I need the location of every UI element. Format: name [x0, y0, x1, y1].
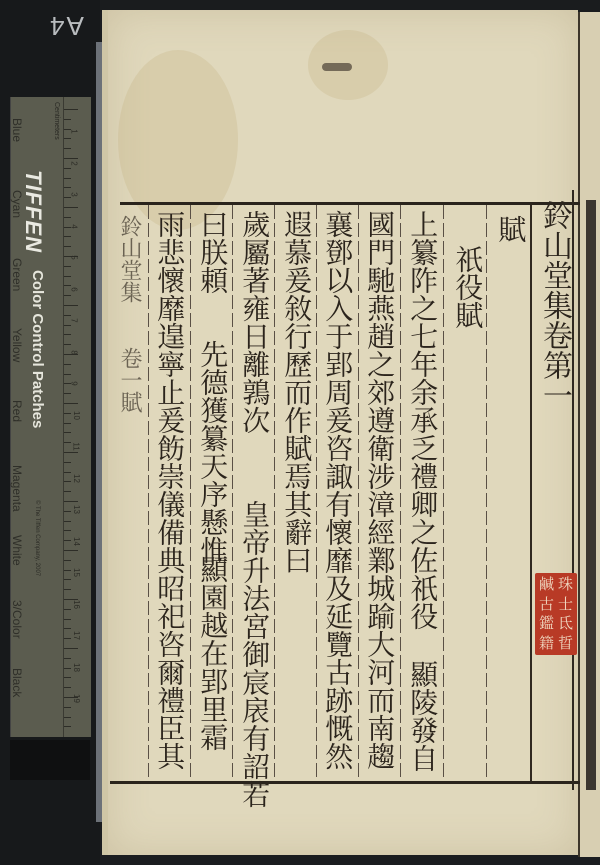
column-rule	[148, 205, 149, 781]
frame-top-border	[120, 202, 580, 205]
ruler-tick	[64, 560, 71, 561]
text-column-c5b: 皇帝升法宮御宸扆有詔若	[237, 500, 271, 808]
column-rule	[274, 205, 275, 781]
character: 儀	[153, 490, 186, 518]
character: 郢	[196, 667, 229, 695]
ruler-tick	[64, 334, 71, 335]
copyright: © The Tiffen Company, 2007	[34, 500, 40, 576]
character: 德	[196, 368, 229, 396]
swatch-label-yellow: Yellow	[10, 328, 24, 362]
text-column-c6a: 曰朕頼	[195, 210, 229, 294]
ruler-tick	[64, 374, 71, 375]
text-column-c2: 國門馳燕趙之郊遵衛涉漳經鄴城踰大河而南趨	[362, 210, 396, 770]
seal-character: 古	[537, 595, 556, 615]
character: 禮	[406, 462, 439, 490]
ruler-cm-number: 13	[72, 505, 81, 514]
ruler-tick	[64, 393, 71, 394]
character: 爰	[153, 406, 186, 434]
character: 古	[321, 658, 354, 686]
character: 天	[196, 452, 229, 480]
outer-frame-rule	[572, 190, 574, 790]
ruler-tick	[64, 619, 71, 620]
ruler-cm-number: 1	[70, 129, 79, 133]
character: 日	[238, 322, 271, 350]
character: 承	[406, 406, 439, 434]
column-rule	[530, 205, 532, 781]
character: 覽	[321, 630, 354, 658]
character: 之	[406, 518, 439, 546]
character: 于	[321, 322, 354, 350]
character: 昭	[153, 574, 186, 602]
character: 離	[238, 350, 271, 378]
seal-character: 晢	[556, 634, 575, 654]
ruler-tick	[64, 276, 71, 277]
character: 卿	[406, 490, 439, 518]
ruler-tick	[64, 452, 78, 453]
ruler-cm-number: 6	[70, 287, 79, 291]
ruler-tick	[64, 570, 71, 571]
ruler-tick	[64, 648, 78, 649]
ruler-tick	[64, 364, 71, 365]
character: 衛	[363, 434, 396, 462]
ruler-tick	[64, 109, 78, 110]
swatch-label-green: Green	[10, 258, 24, 291]
ruler-tick	[64, 236, 71, 237]
ruler-tick	[64, 687, 71, 688]
character: 一	[538, 380, 570, 410]
character: 自	[406, 744, 439, 772]
ruler-cm-number: 8	[70, 350, 79, 354]
fore-edge-character: 一	[117, 369, 141, 391]
character: 大	[363, 630, 396, 658]
character: 敘	[280, 294, 313, 322]
character: 集	[538, 290, 570, 320]
ruler-cm-number: 14	[72, 537, 81, 546]
fore-edge-character: 集	[117, 281, 141, 303]
character: 河	[363, 658, 396, 686]
ruler-tick	[64, 158, 78, 159]
fore-edge-character: 山	[117, 237, 141, 259]
character: 上	[406, 210, 439, 238]
character: 賦	[280, 434, 313, 462]
character: 咨	[321, 434, 354, 462]
swatch-label-magenta: Magenta	[10, 465, 24, 512]
fore-edge-character: 鈴	[117, 215, 141, 237]
character: 懸	[196, 508, 229, 536]
character: 在	[196, 639, 229, 667]
character: 園	[196, 583, 229, 611]
character: 焉	[280, 462, 313, 490]
fore-edge-character: 卷	[117, 347, 141, 369]
ruler-cm-number: 10	[72, 411, 81, 420]
ruler-tick	[64, 315, 71, 316]
ruler-tick	[64, 197, 71, 198]
ruler-tick	[64, 726, 71, 727]
character: 鄴	[363, 546, 396, 574]
character: 若	[238, 780, 271, 808]
text-column-piece-title: 祇役賦	[450, 245, 484, 329]
seal-character: 鑑	[537, 614, 556, 634]
column-rule	[358, 205, 359, 781]
ruler-tick	[64, 325, 71, 326]
ruler-cm-number: 19	[72, 694, 81, 703]
character: 序	[196, 480, 229, 508]
character: 雍	[238, 294, 271, 322]
character: 馳	[363, 266, 396, 294]
character: 趙	[363, 322, 396, 350]
character: 佐	[406, 546, 439, 574]
ink-blot	[322, 63, 352, 71]
text-column-c6c: 顯園越在郢里霜	[195, 555, 229, 751]
character: 寧	[153, 350, 186, 378]
swatch-label-red: Red	[10, 400, 24, 422]
ruler-tick	[64, 432, 71, 433]
character: 著	[238, 266, 271, 294]
character: 顯	[196, 555, 229, 583]
ruler-tick	[64, 717, 71, 718]
character: 役	[406, 602, 439, 630]
character: 頼	[196, 266, 229, 294]
character: 曰	[280, 546, 313, 574]
ruler-tick	[64, 609, 71, 610]
character: 周	[321, 378, 354, 406]
fore-edge-title: 鈴山堂集 卷一賦	[112, 215, 146, 413]
character: 鈴	[538, 200, 570, 230]
ruler-tick	[64, 579, 71, 580]
character: 纂	[196, 424, 229, 452]
character: 詔	[238, 752, 271, 780]
ruler-tick	[64, 295, 71, 296]
column-rule	[232, 205, 233, 781]
character: 辭	[280, 518, 313, 546]
text-column-section: 賦	[493, 215, 527, 243]
ruler-tick	[64, 168, 71, 169]
ruler-tick	[64, 119, 71, 120]
character: 作	[280, 406, 313, 434]
character: 崇	[153, 462, 186, 490]
character: 纂	[406, 238, 439, 266]
ruler-tick	[64, 472, 71, 473]
character: 跡	[321, 686, 354, 714]
character: 悲	[153, 238, 186, 266]
character: 御	[238, 640, 271, 668]
character: 而	[363, 686, 396, 714]
text-column-c5a: 歲屬著雍日離鶉次	[237, 210, 271, 434]
column-rule	[486, 205, 487, 781]
character: 諏	[321, 462, 354, 490]
character: 扆	[238, 696, 271, 724]
ruler-tick	[64, 423, 71, 424]
character: 升	[238, 556, 271, 584]
ruler-tick	[64, 521, 71, 522]
text-column-c1b: 顯陵發自	[405, 660, 439, 772]
text-column-c1: 上纂阼之七年余承乏禮卿之佐祇役	[405, 210, 439, 630]
character: 慨	[321, 714, 354, 742]
character: 卷	[538, 320, 570, 350]
character: 役	[451, 273, 484, 301]
ruler-cm-number: 7	[70, 318, 79, 322]
character: 曰	[196, 210, 229, 238]
character: 而	[280, 378, 313, 406]
character: 襄	[321, 210, 354, 238]
character: 乏	[406, 434, 439, 462]
ruler-cm-number: 11	[72, 442, 81, 450]
ruler-tick	[64, 462, 71, 463]
ruler-tick	[64, 305, 78, 306]
seal-character: 氐	[556, 614, 575, 634]
character: 有	[238, 724, 271, 752]
character: 延	[321, 602, 354, 630]
character: 典	[153, 546, 186, 574]
character: 懷	[153, 266, 186, 294]
character: 遐	[280, 210, 313, 238]
ruler-tick	[64, 628, 71, 629]
character: 南	[363, 714, 396, 742]
character: 陵	[406, 688, 439, 716]
ruler-tick	[64, 246, 71, 247]
character: 靡	[321, 546, 354, 574]
character: 然	[321, 742, 354, 770]
character: 遑	[153, 322, 186, 350]
character: 經	[363, 518, 396, 546]
character: 飭	[153, 434, 186, 462]
character: 郢	[321, 350, 354, 378]
character: 咨	[153, 630, 186, 658]
character: 宸	[238, 668, 271, 696]
fore-edge-character: 賦	[117, 391, 141, 413]
character: 里	[196, 695, 229, 723]
ruler-tick	[64, 530, 71, 531]
ruler-tick	[64, 285, 71, 286]
ruler-tick	[64, 207, 78, 208]
text-column-c3: 襄鄧以入于郢周爰咨諏有懷靡及延覽古跡慨然	[320, 210, 354, 770]
character: 先	[196, 340, 229, 368]
seal-character: 士	[556, 595, 575, 615]
seal-character: 鹹	[537, 575, 556, 595]
character: 顯	[406, 660, 439, 688]
text-column-title: 鈴山堂集卷第一	[537, 200, 571, 410]
character: 賦	[451, 301, 484, 329]
ruler-cm-number: 5	[70, 255, 79, 259]
character: 年	[406, 350, 439, 378]
ruler-tick	[64, 442, 71, 443]
column-rule	[316, 205, 317, 781]
ruler-cm-number: 15	[72, 568, 81, 577]
character: 遵	[363, 406, 396, 434]
character: 屬	[238, 238, 271, 266]
character: 堂	[538, 260, 570, 290]
character: 燕	[363, 294, 396, 322]
character: 獲	[196, 396, 229, 424]
fore-edge-character	[117, 303, 141, 325]
ruler-tick	[64, 413, 71, 414]
text-column-c7: 雨悲懷靡遑寧止爰飭崇儀備典昭祀咨爾禮臣其	[152, 210, 186, 770]
ruler-tick	[64, 148, 71, 149]
character: 鶉	[238, 378, 271, 406]
swatch-label-black: Black	[10, 668, 24, 697]
ruler-cm-number: 16	[72, 600, 81, 609]
swatch-label-cyan: Cyan	[10, 190, 24, 218]
character: 爾	[153, 658, 186, 686]
ruler-tick	[64, 707, 71, 708]
character: 次	[238, 406, 271, 434]
ruler-tick	[64, 511, 71, 512]
character: 余	[406, 378, 439, 406]
character: 行	[280, 322, 313, 350]
character: 及	[321, 574, 354, 602]
collector-seal: 鹹珠古士鑑氐籍晢	[535, 573, 577, 655]
character: 鄧	[321, 238, 354, 266]
character: 國	[363, 210, 396, 238]
character: 郊	[363, 378, 396, 406]
ruler-tick	[64, 589, 71, 590]
seal-character: 珠	[556, 575, 575, 595]
character: 臣	[153, 714, 186, 742]
character: 祀	[153, 602, 186, 630]
character: 趨	[363, 742, 396, 770]
character: 雨	[153, 210, 186, 238]
character: 歲	[238, 210, 271, 238]
ruler-tick	[64, 550, 78, 551]
character: 皇	[238, 500, 271, 528]
character: 之	[363, 350, 396, 378]
ruler-tick	[64, 491, 71, 492]
character: 備	[153, 518, 186, 546]
character: 禮	[153, 686, 186, 714]
column-rule	[443, 205, 444, 781]
ruler-tick	[64, 344, 71, 345]
ruler-cm-number: 2	[70, 161, 79, 165]
ruler-tick	[64, 403, 78, 404]
ruler-tick	[64, 638, 71, 639]
ruler-tick	[64, 178, 71, 179]
character: 山	[538, 230, 570, 260]
ruler-tick	[64, 658, 71, 659]
ruler-unit-label: Centimeters	[53, 102, 60, 140]
character: 門	[363, 238, 396, 266]
ruler-cm-number: 4	[70, 224, 79, 228]
character: 踰	[363, 602, 396, 630]
character: 霜	[196, 723, 229, 751]
ruler-cm-number: 9	[70, 381, 79, 385]
a4-label: A4	[48, 10, 84, 41]
ruler-tick	[64, 217, 71, 218]
swatch-label-3color: 3/Color	[10, 600, 24, 639]
ruler-tick	[64, 501, 78, 502]
text-column-c6b: 先德獲纂天序懸惟	[195, 340, 229, 564]
character: 城	[363, 574, 396, 602]
fore-edge-character	[117, 325, 141, 347]
binding-edge	[586, 200, 596, 790]
ruler-tick	[64, 138, 71, 139]
character: 入	[321, 294, 354, 322]
character: 涉	[363, 462, 396, 490]
ruler-tick	[64, 187, 71, 188]
character: 歷	[280, 350, 313, 378]
ruler-tick	[64, 540, 71, 541]
character: 爰	[321, 406, 354, 434]
character: 爰	[280, 266, 313, 294]
character: 懷	[321, 518, 354, 546]
character: 祇	[451, 245, 484, 273]
character: 靡	[153, 294, 186, 322]
character: 越	[196, 611, 229, 639]
character: 漳	[363, 490, 396, 518]
character: 賦	[494, 215, 527, 243]
fore-edge-character: 堂	[117, 259, 141, 281]
character: 第	[538, 350, 570, 380]
swatch-label-blue: Blue	[10, 118, 24, 142]
frame-bottom-border	[110, 781, 580, 784]
character: 其	[153, 742, 186, 770]
character: 法	[238, 584, 271, 612]
character: 慕	[280, 238, 313, 266]
character: 之	[406, 294, 439, 322]
swatch-label-white: White	[10, 535, 24, 566]
character: 有	[321, 490, 354, 518]
column-rule	[400, 205, 401, 781]
character: 祇	[406, 574, 439, 602]
column-rule	[190, 205, 191, 781]
character: 發	[406, 716, 439, 744]
ruler-cm-number: 12	[72, 474, 81, 483]
character: 七	[406, 322, 439, 350]
character: 止	[153, 378, 186, 406]
product-name: Color Control Patches	[29, 270, 46, 428]
black-patch	[10, 740, 90, 780]
ruler-tick	[64, 677, 71, 678]
ruler-tick	[64, 481, 71, 482]
ruler-cm-number: 17	[72, 631, 81, 640]
ruler: 12345678910111213141516171819	[63, 97, 90, 737]
ruler-tick	[64, 668, 71, 669]
character: 帝	[238, 528, 271, 556]
character: 以	[321, 266, 354, 294]
character: 阼	[406, 266, 439, 294]
character: 其	[280, 490, 313, 518]
character: 宮	[238, 612, 271, 640]
seal-character: 籍	[537, 634, 556, 654]
text-column-c4: 遐慕爰敘行歷而作賦焉其辭曰	[279, 210, 313, 574]
ruler-cm-number: 18	[72, 663, 81, 672]
ruler-cm-number: 3	[70, 192, 79, 196]
ruler-tick	[64, 266, 71, 267]
character: 朕	[196, 238, 229, 266]
